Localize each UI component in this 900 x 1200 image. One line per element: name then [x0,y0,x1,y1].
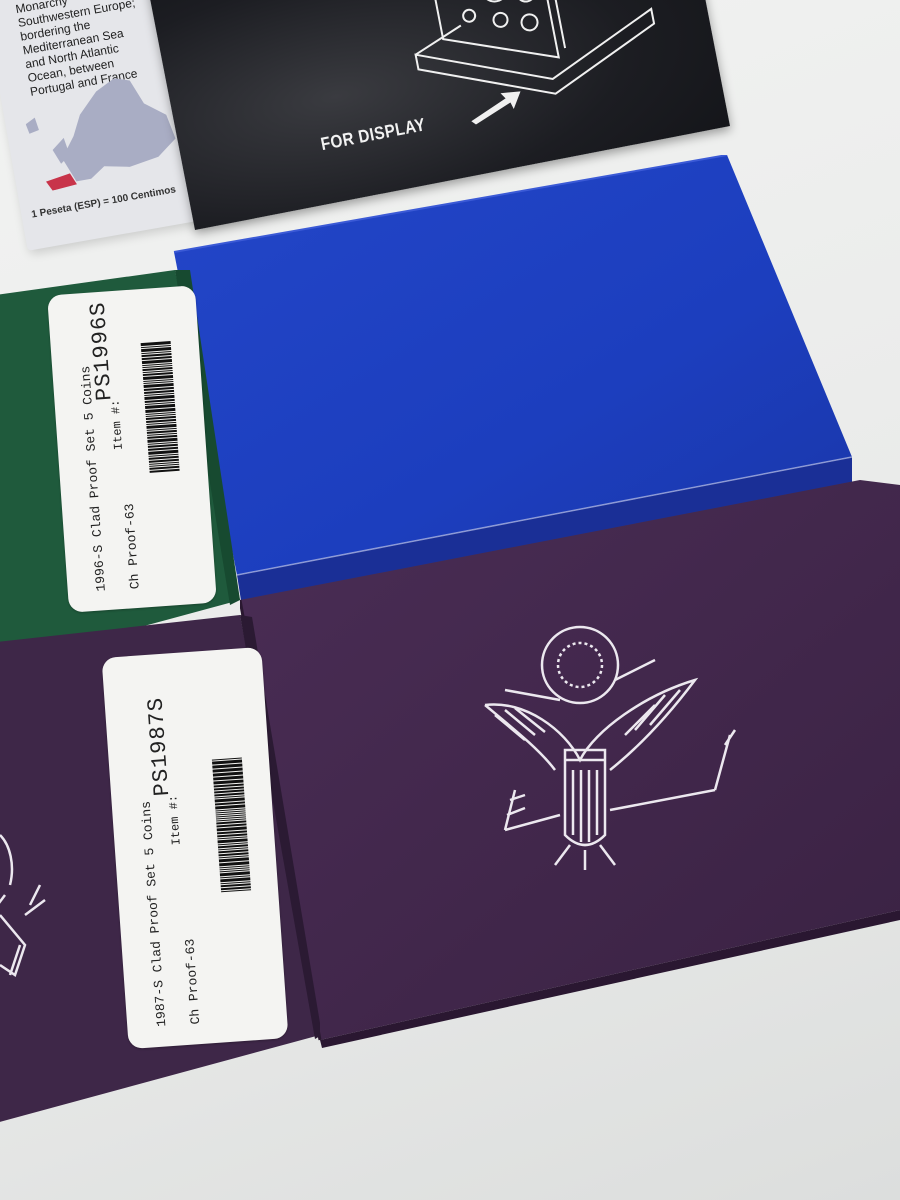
label-item-prefix: Item #: [166,794,183,845]
item-label-1987: 1987-S Clad Proof Set 5 Coins Ch Proof-6… [102,647,289,1049]
label-item-prefix: Item #: [109,399,126,450]
for-display-label: FOR DISPLAY [319,114,427,155]
barcode-icon [212,757,251,893]
display-stand-illustration-icon [385,0,675,125]
label-grade: Ch Proof-63 [182,938,203,1025]
barcode-icon [141,340,180,473]
label-grade: Ch Proof-63 [122,503,143,590]
item-label-1996: 1996-S Clad Proof Set 5 Coins Ch Proof-6… [47,285,217,613]
label-item-code: PS1987S [143,696,175,797]
photo-scene: Parliamentary Monarchy Southwestern Euro… [0,0,900,1200]
label-description: 1987-S Clad Proof Set 5 Coins [139,801,170,1028]
purple-proof-box-right [240,480,900,1050]
